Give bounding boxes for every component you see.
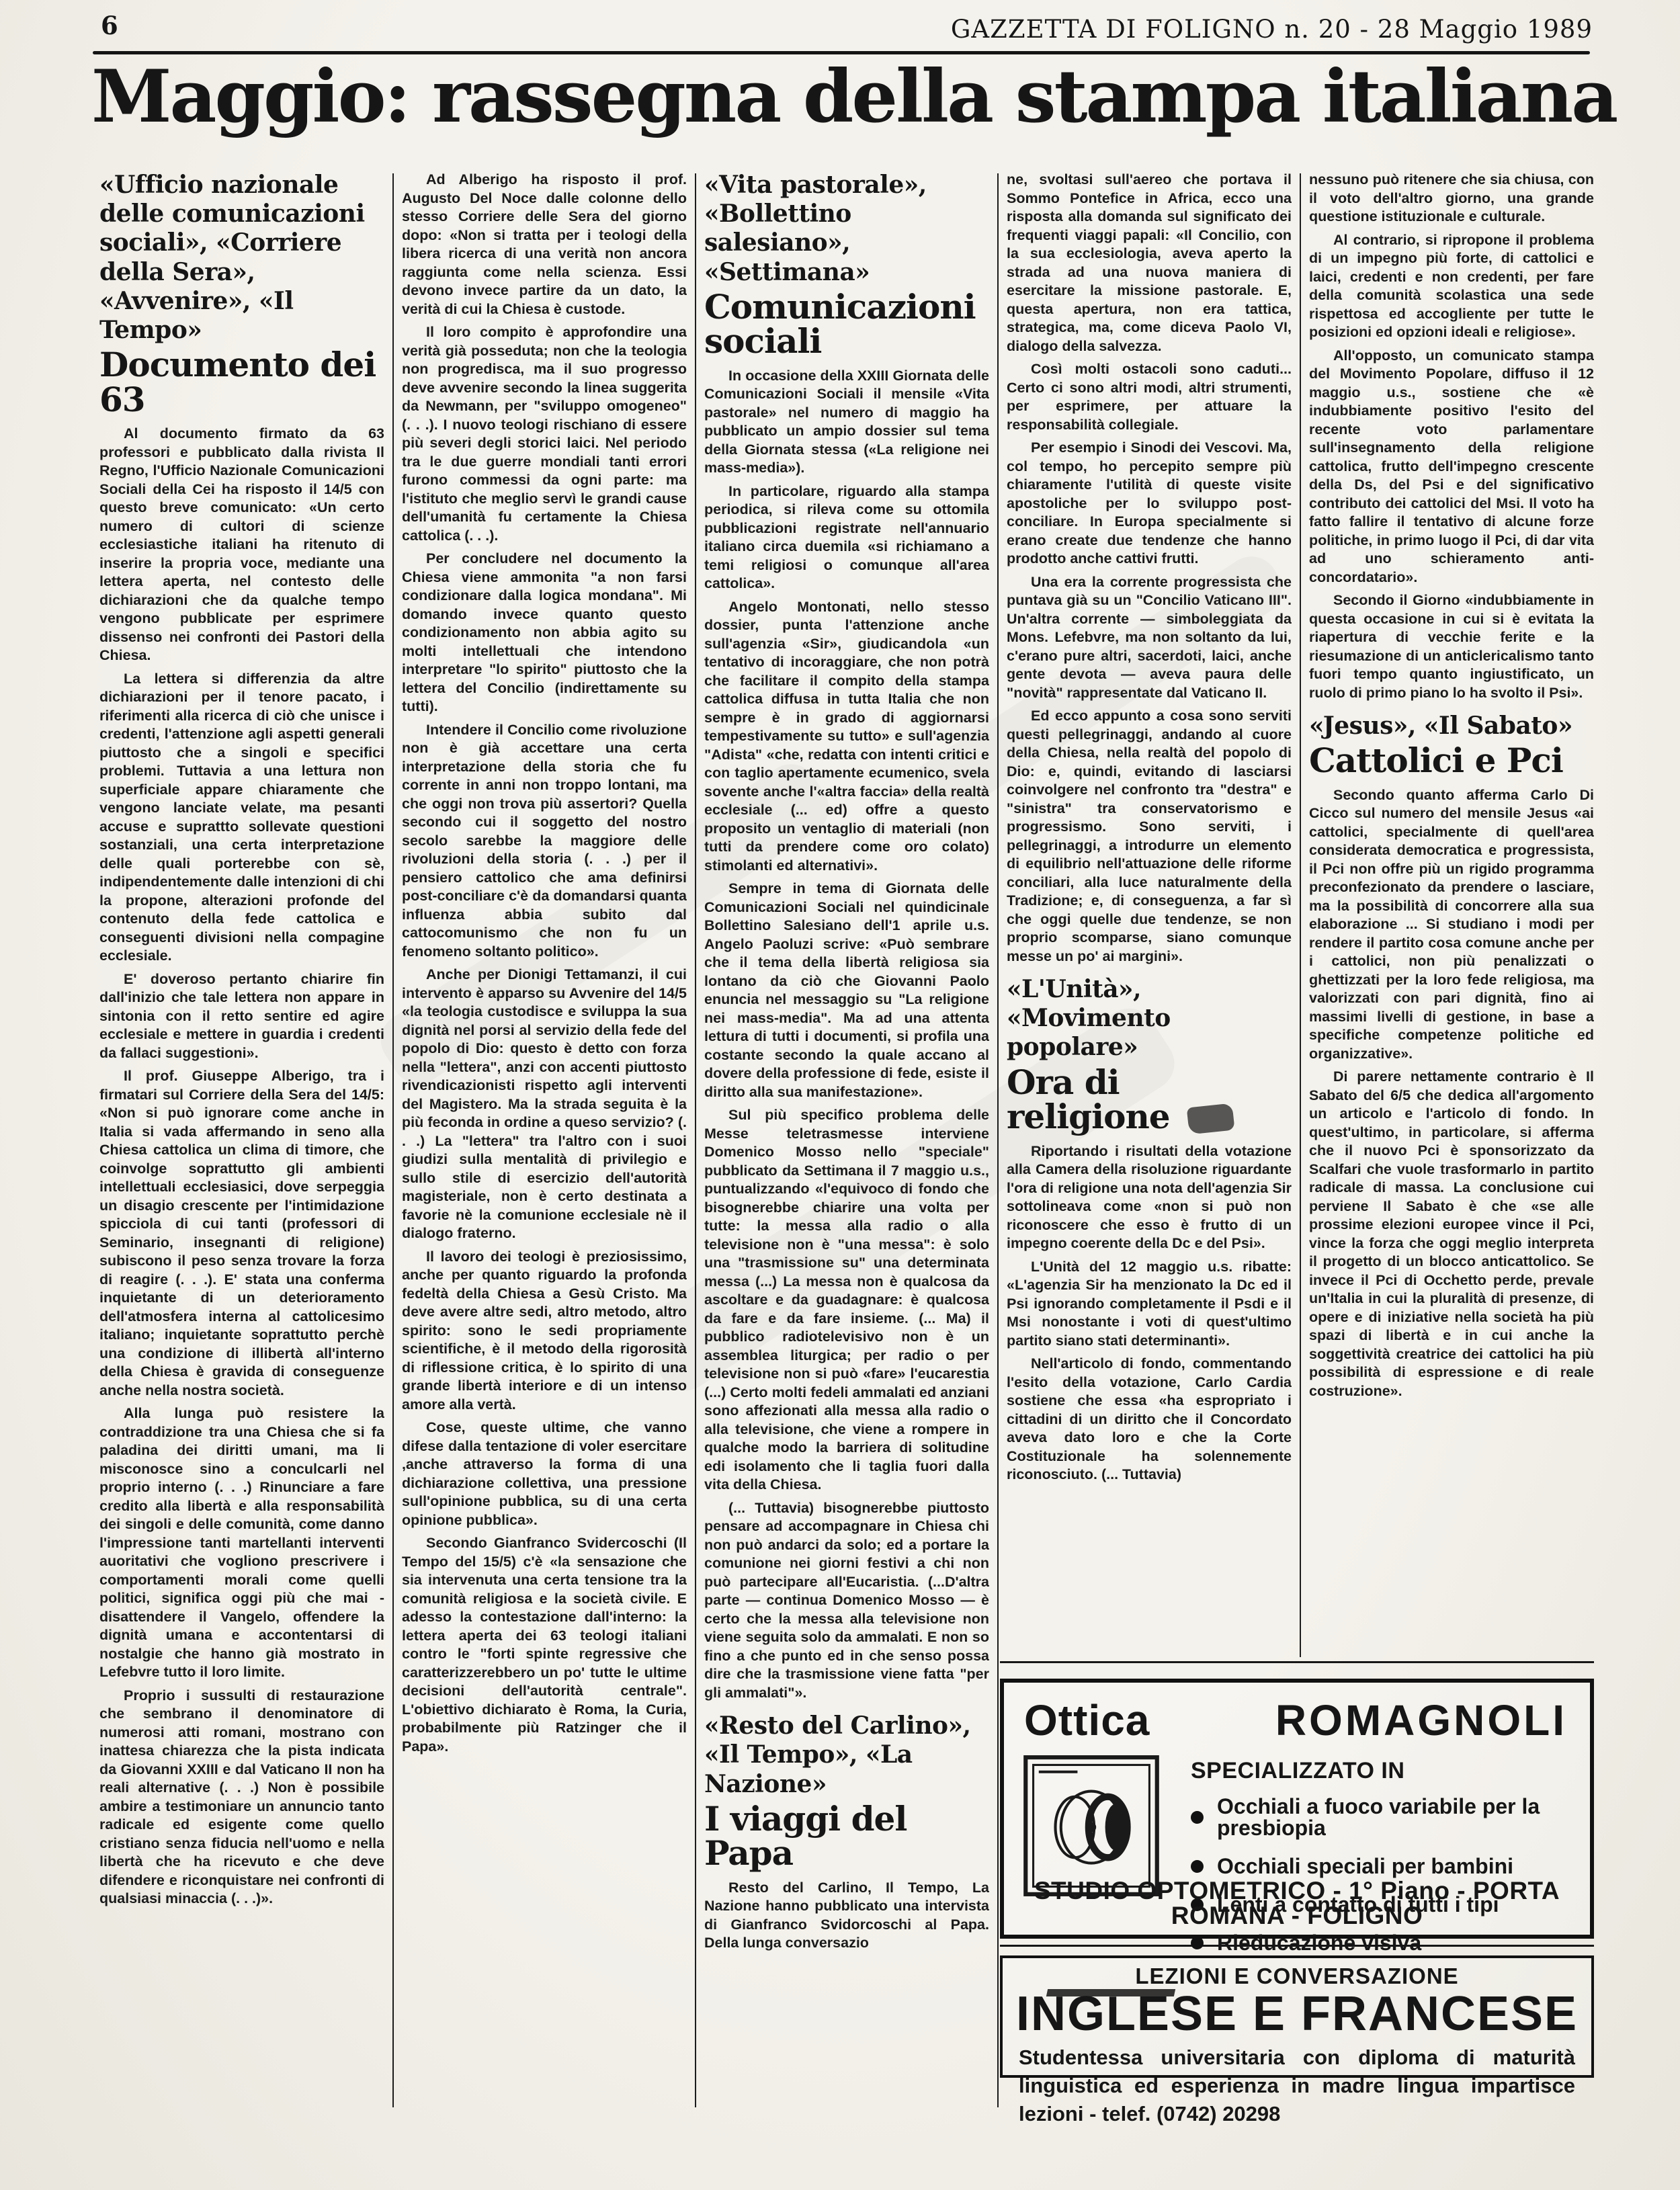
article-paragraph: Intendere il Concilio come rivoluzione n… xyxy=(402,721,687,962)
ottica-brand-first: Ottica xyxy=(1024,1699,1150,1742)
article-paragraph: Nell'articolo di fondo, commentando l'es… xyxy=(1007,1355,1292,1484)
page-number: 6 xyxy=(101,11,118,40)
ink-artifact xyxy=(1046,1989,1175,1996)
ottica-bullet-text: Occhiali a fuoco variabile per la presbi… xyxy=(1217,1796,1590,1839)
bullet-dot-icon xyxy=(1191,1937,1204,1949)
bullet-dot-icon xyxy=(1191,1811,1204,1824)
language-lessons-ad: LEZIONI E CONVERSAZIONE INGLESE E FRANCE… xyxy=(1000,1955,1594,2078)
article-kicker: «Resto del Carlino», «Il Tempo», «La Naz… xyxy=(704,1712,989,1799)
article-paragraph: Il lavoro dei teologi è preziosissimo, a… xyxy=(402,1248,687,1415)
ottica-bullet-list: Occhiali a fuoco variabile per la presbi… xyxy=(1191,1796,1590,1953)
article-paragraph: La lettera si differenzia da altre dichi… xyxy=(99,670,384,966)
article-paragraph: Al documento firmato da 63 professori e … xyxy=(99,425,384,665)
ottica-brand-second: ROMAGNOLI xyxy=(1275,1699,1567,1742)
ink-smudge-icon xyxy=(1186,1103,1234,1135)
article-paragraph: Angelo Montonati, nello stesso dossier, … xyxy=(704,598,989,876)
article-paragraph: In particolare, riguardo alla stampa per… xyxy=(704,482,989,593)
section-heading: Documento dei 63 xyxy=(99,347,384,417)
ottica-bullet-item: Occhiali a fuoco variabile per la presbi… xyxy=(1191,1796,1590,1839)
article-paragraph: Ed ecco appunto a cosa sono serviti ques… xyxy=(1007,707,1292,966)
article-paragraph: Secondo Gianfranco Svidercoschi (Il Temp… xyxy=(402,1534,687,1756)
section-heading: Ora di religione xyxy=(1007,1065,1292,1134)
page-headline: Maggio: rassegna della stampa italiana xyxy=(91,59,1664,135)
article-paragraph: Secondo quanto afferma Carlo Di Cicco su… xyxy=(1309,786,1594,1064)
article-paragraph: Ad Alberigo ha risposto il prof. Augusto… xyxy=(402,171,687,319)
lessons-body: Studentessa universitaria con diploma di… xyxy=(1003,2038,1591,2128)
section-heading: Comunicazioni sociali xyxy=(704,290,989,359)
article-paragraph: Proprio i sussulti di restaurazione che … xyxy=(99,1687,384,1908)
column-5: nessuno può ritenere che sia chiusa, con… xyxy=(1309,171,1594,1657)
article-kicker: «Ufficio nazionale delle comunicazioni s… xyxy=(99,171,384,345)
article-paragraph: Il loro compito è approfondire una verit… xyxy=(402,323,687,545)
article-paragraph: Una era la corrente progressista che pun… xyxy=(1007,573,1292,703)
bullet-dot-icon xyxy=(1191,1860,1204,1873)
article-paragraph: All'opposto, un comunicato stampa del Mo… xyxy=(1309,347,1594,587)
article-paragraph: nessuno può ritenere che sia chiusa, con… xyxy=(1309,171,1594,226)
article-paragraph: Alla lunga può resistere la contraddizio… xyxy=(99,1404,384,1682)
article-paragraph: Cose, queste ultime, che vanno difese da… xyxy=(402,1419,687,1529)
column-2: Ad Alberigo ha risposto il prof. Augusto… xyxy=(402,171,687,2113)
article-paragraph: Per concludere nel documento la Chiesa v… xyxy=(402,550,687,716)
article-paragraph: Così molti ostacoli sono caduti... Certo… xyxy=(1007,360,1292,434)
article-paragraph: Sempre in tema di Giornata delle Comunic… xyxy=(704,880,989,1101)
column-3: «Vita pastorale», «Bollettino salesiano»… xyxy=(704,171,989,2113)
newspaper-page: 6 GAZZETTA DI FOLIGNO n. 20 - 28 Maggio … xyxy=(0,0,1680,2190)
article-paragraph: L'Unità del 12 maggio u.s. ribatte: «L'a… xyxy=(1007,1258,1292,1351)
article-paragraph: E' doveroso pertanto chiarire fin dall'i… xyxy=(99,970,384,1063)
article-paragraph: Per esempio i Sinodi dei Vescovi. Ma, co… xyxy=(1007,439,1292,568)
ottica-romagnoli-ad: Ottica ROMAGNOLI SPECIALIZZATO IN Occhia… xyxy=(1000,1679,1594,1939)
ottica-bullet-text: Occhiali speciali per bambini xyxy=(1217,1855,1513,1877)
ottica-specialized-label: SPECIALIZZATO IN xyxy=(1191,1759,1590,1782)
article-paragraph: Di parere nettamente contrario è Il Saba… xyxy=(1309,1068,1594,1400)
masthead: GAZZETTA DI FOLIGNO n. 20 - 28 Maggio 19… xyxy=(951,15,1593,44)
article-kicker: «Vita pastorale», «Bollettino salesiano»… xyxy=(704,171,989,287)
lessons-title: INGLESE E FRANCESE xyxy=(1003,1990,1591,2038)
article-paragraph: ne, svoltasi sull'aereo che portava il S… xyxy=(1007,171,1292,355)
column-4: ne, svoltasi sull'aereo che portava il S… xyxy=(1007,171,1292,1657)
article-paragraph: Al contrario, si ripropone il problema d… xyxy=(1309,231,1594,342)
ottica-bullet-text: Rieducazione visiva xyxy=(1217,1932,1421,1953)
article-paragraph: In occasione della XXIII Giornata delle … xyxy=(704,367,989,478)
article-paragraph: Sul più specifico problema delle Messe t… xyxy=(704,1106,989,1494)
lens-icon xyxy=(1021,1754,1161,1898)
column-1: «Ufficio nazionale delle comunicazioni s… xyxy=(99,171,384,2113)
ad-separator-rule xyxy=(1000,1661,1594,1663)
article-paragraph: Resto del Carlino, Il Tempo, La Nazione … xyxy=(704,1879,989,1953)
article-paragraph: Riportando i risultati della votazione a… xyxy=(1007,1142,1292,1253)
article-kicker: «Jesus», «Il Sabato» xyxy=(1309,712,1594,741)
article-kicker: «L'Unità», «Movimento popolare» xyxy=(1007,975,1292,1062)
ottica-bullet-item: Rieducazione visiva xyxy=(1191,1932,1590,1953)
article-paragraph: Il prof. Giuseppe Alberigo, tra i firmat… xyxy=(99,1067,384,1400)
section-heading: I viaggi del Papa xyxy=(704,1802,989,1871)
article-paragraph: Secondo il Giorno «indubbiamente in ques… xyxy=(1309,591,1594,702)
ottica-address: STUDIO OPTOMETRICO - 1° Piano - PORTA RO… xyxy=(1004,1878,1590,1928)
ottica-bullet-item: Occhiali speciali per bambini xyxy=(1191,1855,1590,1877)
section-heading: Cattolici e Pci xyxy=(1309,743,1594,778)
article-paragraph: (... Tuttavia) bisognerebbe piuttosto pe… xyxy=(704,1499,989,1703)
lessons-kicker: LEZIONI E CONVERSAZIONE xyxy=(1003,1965,1591,1987)
article-paragraph: Anche per Dionigi Tettamanzi, il cui int… xyxy=(402,966,687,1243)
